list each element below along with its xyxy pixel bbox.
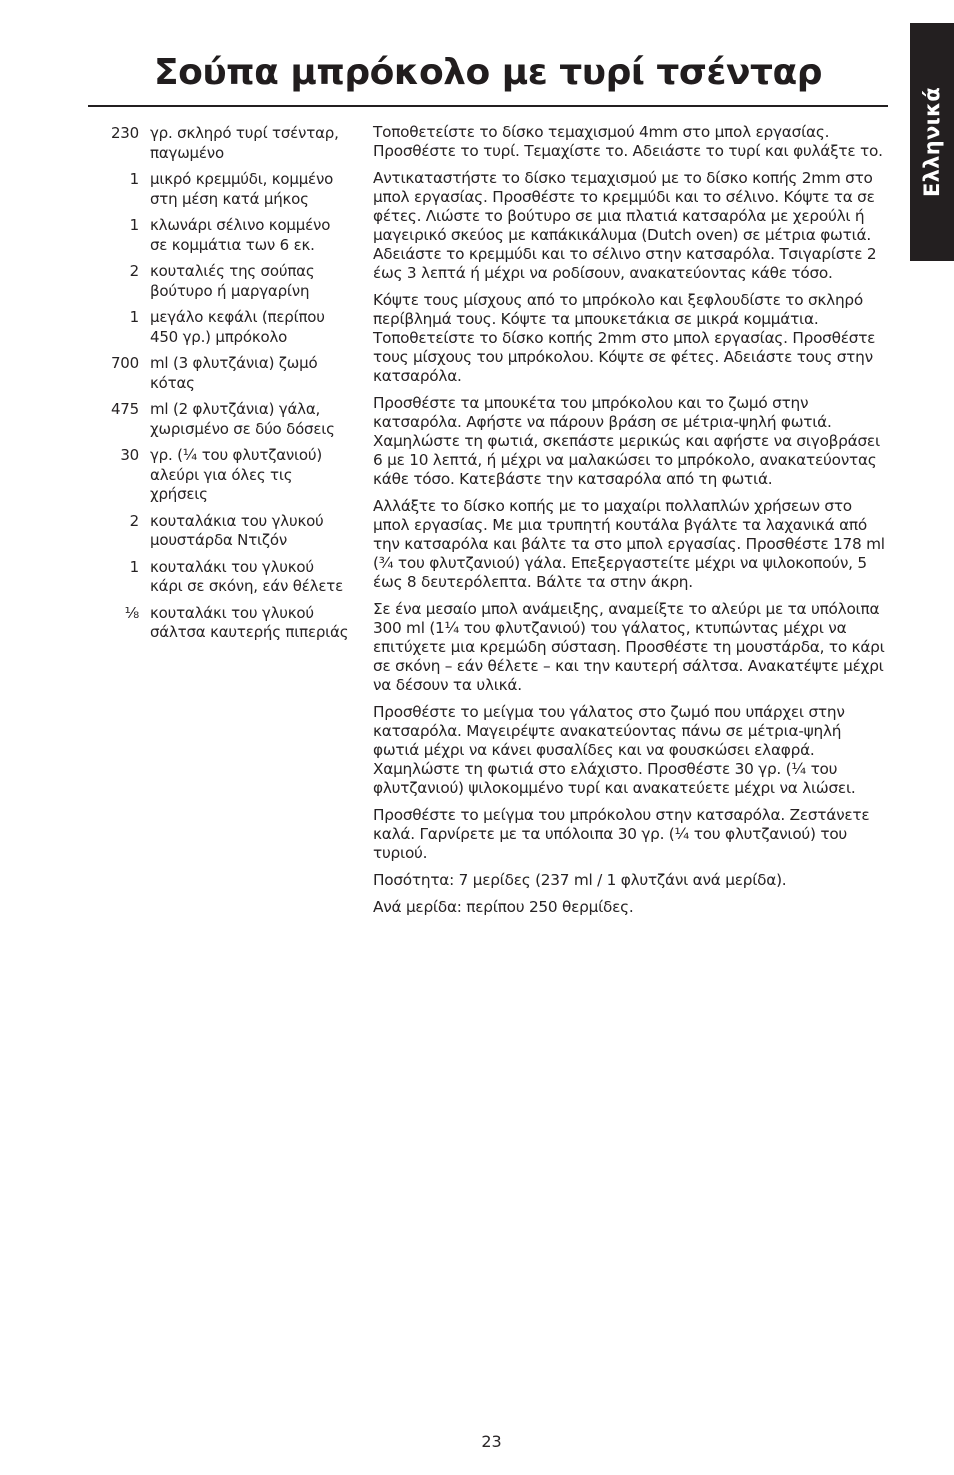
ingredient-item: 30 γρ. (¼ του φλυτζανιού) αλεύρι για όλε… xyxy=(95,446,373,505)
ingredient-quantity: 30 xyxy=(95,446,150,505)
instruction-paragraph: Κόψτε τους μίσχους από το μπρόκολο και ξ… xyxy=(373,291,888,386)
ingredient-description: κουταλάκια του γλυκού μουστάρδα Ντιζόν xyxy=(150,512,350,551)
ingredient-description: μεγάλο κεφάλι (περίπου 450 γρ.) μπρόκολο xyxy=(150,308,350,347)
ingredient-item: 1 κουταλάκι του γλυκού κάρι σε σκόνη, εά… xyxy=(95,558,373,597)
instruction-paragraph: Σε ένα μεσαίο μπολ ανάμειξης, αναμείξτε … xyxy=(373,600,888,695)
ingredient-description: μικρό κρεμμύδι, κομμένο στη μέση κατά μή… xyxy=(150,170,350,209)
ingredient-description: ml (3 φλυτζάνια) ζωμό κότας xyxy=(150,354,350,393)
language-tab-label: Ελληνικά xyxy=(920,87,944,197)
ingredient-description: κλωνάρι σέλινο κομμένο σε κομμάτια των 6… xyxy=(150,216,350,255)
ingredient-quantity: 230 xyxy=(95,124,150,163)
ingredient-quantity: 475 xyxy=(95,400,150,439)
recipe-page: Ελληνικά Σούπα μπρόκολο με τυρί τσένταρ … xyxy=(0,0,954,1475)
instruction-paragraph: Προσθέστε το μείγμα του μπρόκολου στην κ… xyxy=(373,806,888,863)
ingredient-item: 1 κλωνάρι σέλινο κομμένο σε κομμάτια των… xyxy=(95,216,373,255)
ingredients-list: 230 γρ. σκληρό τυρί τσένταρ, παγωμένο 1 … xyxy=(95,123,373,925)
instruction-paragraph: Αντικαταστήστε το δίσκο τεμαχισμού με το… xyxy=(373,169,888,283)
instruction-paragraph: Τοποθετείστε το δίσκο τεμαχισμού 4mm στο… xyxy=(373,123,888,161)
ingredient-item: 230 γρ. σκληρό τυρί τσένταρ, παγωμένο xyxy=(95,124,373,163)
ingredient-quantity: 1 xyxy=(95,308,150,347)
ingredient-item: 1 μικρό κρεμμύδι, κομμένο στη μέση κατά … xyxy=(95,170,373,209)
instruction-paragraph: Ποσότητα: 7 μερίδες (237 ml / 1 φλυτζάνι… xyxy=(373,871,888,890)
page-number: 23 xyxy=(95,1432,888,1451)
ingredient-quantity: ⅛ xyxy=(95,604,150,643)
ingredient-description: γρ. (¼ του φλυτζανιού) αλεύρι για όλες τ… xyxy=(150,446,350,505)
language-tab: Ελληνικά xyxy=(910,23,954,261)
ingredient-item: ⅛ κουταλάκι του γλυκού σάλτσα καυτερής π… xyxy=(95,604,373,643)
instruction-paragraph: Προσθέστε το μείγμα του γάλατος στο ζωμό… xyxy=(373,703,888,798)
ingredient-item: 2 κουταλάκια του γλυκού μουστάρδα Ντιζόν xyxy=(95,512,373,551)
instruction-paragraph: Ανά μερίδα: περίπου 250 θερμίδες. xyxy=(373,898,888,917)
ingredient-quantity: 1 xyxy=(95,216,150,255)
ingredient-item: 1 μεγάλο κεφάλι (περίπου 450 γρ.) μπρόκο… xyxy=(95,308,373,347)
ingredient-description: κουταλάκι του γλυκού κάρι σε σκόνη, εάν … xyxy=(150,558,350,597)
instruction-paragraph: Προσθέστε τα μπουκέτα του μπρόκολου και … xyxy=(373,394,888,489)
instruction-paragraph: Αλλάξτε το δίσκο κοπής με το μαχαίρι πολ… xyxy=(373,497,888,592)
ingredient-description: γρ. σκληρό τυρί τσένταρ, παγωμένο xyxy=(150,124,350,163)
ingredient-description: κουταλάκι του γλυκού σάλτσα καυτερής πιπ… xyxy=(150,604,350,643)
ingredient-item: 475 ml (2 φλυτζάνια) γάλα, χωρισμένο σε … xyxy=(95,400,373,439)
page-header: Σούπα μπρόκολο με τυρί τσένταρ xyxy=(88,0,888,107)
ingredient-description: ml (2 φλυτζάνια) γάλα, χωρισμένο σε δύο … xyxy=(150,400,350,439)
ingredient-description: κουταλιές της σούπας βούτυρο ή μαργαρίνη xyxy=(150,262,350,301)
ingredient-item: 2 κουταλιές της σούπας βούτυρο ή μαργαρί… xyxy=(95,262,373,301)
ingredient-quantity: 1 xyxy=(95,170,150,209)
ingredient-quantity: 2 xyxy=(95,262,150,301)
ingredient-quantity: 1 xyxy=(95,558,150,597)
ingredient-quantity: 700 xyxy=(95,354,150,393)
ingredient-item: 700 ml (3 φλυτζάνια) ζωμό κότας xyxy=(95,354,373,393)
page-title: Σούπα μπρόκολο με τυρί τσένταρ xyxy=(88,52,888,93)
ingredient-quantity: 2 xyxy=(95,512,150,551)
recipe-content: 230 γρ. σκληρό τυρί τσένταρ, παγωμένο 1 … xyxy=(95,123,888,925)
instructions-column: Τοποθετείστε το δίσκο τεμαχισμού 4mm στο… xyxy=(373,123,888,925)
